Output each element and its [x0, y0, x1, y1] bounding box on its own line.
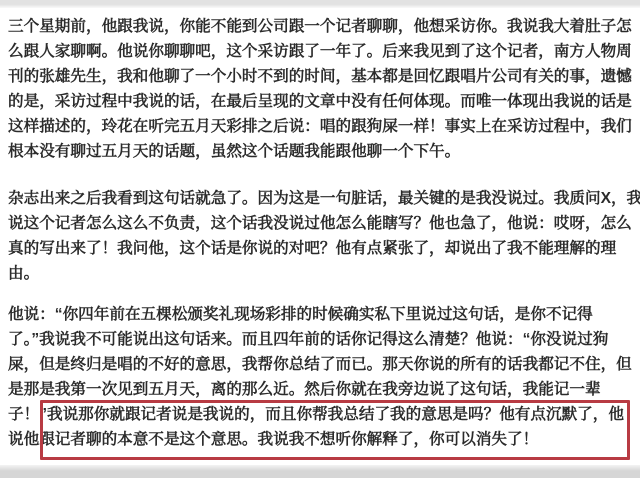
- text-line: 刊的张雄先生，我和他聊了一个小时不到的时间，基本都是回忆跟唱片公司有关的事，遗憾: [8, 64, 634, 89]
- paragraph-2: 杂志出来之后我看到这句话就急了。因为这是一句脏话，最关键的是我没说过。我质问X，…: [8, 186, 634, 286]
- text-line: 子！”我说那你就跟记者说是我说的，而且你帮我总结了我的意思是吗？他有点沉默了，他: [8, 402, 634, 427]
- text-line: 说他跟记者聊的本意不是这个意思。我说我不想听你解释了，你可以消失了！: [8, 427, 634, 452]
- text-line: 杂志出来之后我看到这句话就急了。因为这是一句脏话，最关键的是我没说过。我质问X，…: [8, 186, 634, 211]
- text-line: 是那是我第一次见到五月天，离的那么近。然后你就在我旁边说了这句话，我能记一辈: [8, 377, 634, 402]
- text-line: 这样描述的，玲花在听完五月天彩排之后说：唱的跟狗屎一样！事实上在采访过程中，我们: [8, 114, 634, 139]
- text-line: 由。: [8, 261, 634, 286]
- text-line: 的是，采访过程中我说的话，在最后呈现的文章中没有任何体现。而唯一体现出我说的话是: [8, 89, 634, 114]
- text-line: 根本没有聊过五月天的话题，虽然这个话题我能跟他聊一个下午。: [8, 139, 634, 164]
- top-gray-band: [0, 0, 640, 8]
- article-text: 三个星期前，他跟我说，你能不能到公司跟一个记者聊聊，他想采访你。我说我大着肚子怎…: [8, 14, 634, 452]
- paragraph-1: 三个星期前，他跟我说，你能不能到公司跟一个记者聊聊，他想采访你。我说我大着肚子怎…: [8, 14, 634, 164]
- text-line: 真的写出来了！我问他，这个话是你说的对吧？他有点紧张了，却说出了我不能理解的理: [8, 236, 634, 261]
- paragraph-3: 他说：“你四年前在五棵松颁奖礼现场彩排的时候确实私下里说过这句话，是你不记得 了…: [8, 302, 634, 452]
- bottom-gray-band: [0, 465, 640, 478]
- text-line: 么跟人家聊啊。他说你聊聊吧，这个采访跟了一年了。后来我见到了这个记者，南方人物周: [8, 39, 634, 64]
- text-line: 他说：“你四年前在五棵松颁奖礼现场彩排的时候确实私下里说过这句话，是你不记得: [8, 302, 634, 327]
- text-line: 了。”我说我不可能说出这句话来。而且四年前的话你记得这么清楚？他说：“你没说过狗: [8, 327, 634, 352]
- text-line: 屎，但是终归是唱的不好的意思，我帮你总结了而已。那天你说的所有的话我都记不住，但: [8, 352, 634, 377]
- text-line: 说这个记者怎么这么不负责，这个话我没说过他怎么能瞎写？他也急了，他说：哎呀，怎么: [8, 211, 634, 236]
- text-line: 三个星期前，他跟我说，你能不能到公司跟一个记者聊聊，他想采访你。我说我大着肚子怎: [8, 14, 634, 39]
